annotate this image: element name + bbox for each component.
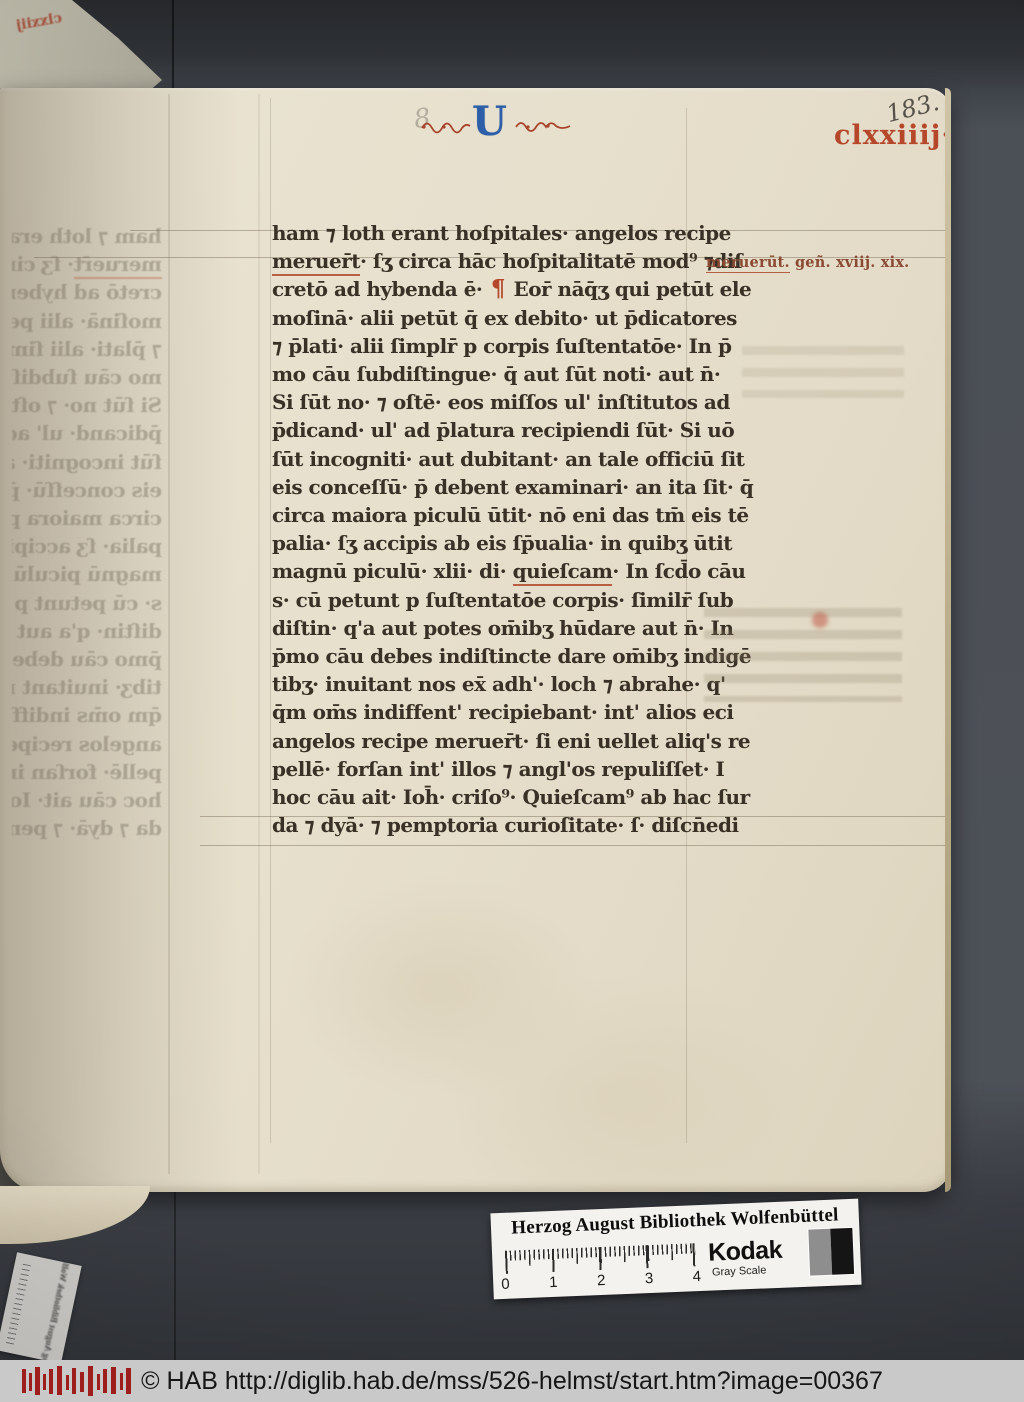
- manuscript-line: magnū piculū· xlii· di· quieſcam· In ſcd…: [12, 560, 162, 588]
- manuscript-line: magnū piculū· xlii· di· quieſcam· In ſcd…: [272, 557, 708, 585]
- red-underlined-word: meruerūt.: [706, 254, 790, 273]
- manuscript-line: ſūt incogniti· aut dubitant· an tale off…: [272, 445, 708, 473]
- manuscript-line: mo cāu ſubdiſtingue· q̄ aut ſūt noti· au…: [272, 360, 708, 388]
- red-penwork-flourish: [514, 118, 572, 136]
- bleedthrough-text-column: ham ⁊ loth erant hoſpitales· angelos rec…: [12, 222, 162, 854]
- gray-scale-label: Gray Scale: [712, 1264, 767, 1278]
- manuscript-line: tibʒ· inuitant nos ex̄ adh'· loch ⁊ abra…: [272, 670, 708, 698]
- manuscript-line: ham ⁊ loth erant hoſpitales· angelos rec…: [12, 222, 162, 250]
- folio-number-red: clxxiiij·: [834, 120, 952, 151]
- bleedthrough-red-initial: [812, 612, 828, 628]
- manuscript-line: da ⁊ dyā· ⁊ pemptoria curioſitate· ſ· di…: [272, 811, 708, 839]
- black-patch: [830, 1228, 854, 1275]
- mirrored-reference-card: Herzog August Bibliothek Wolfenbüttel: [0, 1252, 82, 1364]
- manuscript-line: p̄dicand· ul' ad p̄latura recipiendi ſūt…: [272, 416, 708, 444]
- kodak-gray-scale-card: Herzog August Bibliothek Wolfenbüttel 01…: [490, 1199, 861, 1300]
- running-title-letter: U: [472, 102, 504, 142]
- manuscript-line: ham ⁊ loth erant hoſpitales· angelos rec…: [272, 219, 708, 247]
- manuscript-line: s· cū petunt p ſuſtentatōe corpis· ſimil…: [272, 586, 708, 614]
- ruler-number: 4: [692, 1268, 701, 1285]
- manuscript-line: Si ſūt no· ⁊ oſtē· eos miſſos ul' inſtit…: [12, 391, 162, 419]
- manuscript-line: hoc cāu ait· Ioh̄· criſo⁹· Quieſcam⁹ ab …: [12, 786, 162, 814]
- manuscript-text-block: ham ⁊ loth erant hoſpitales· angelos rec…: [272, 219, 708, 839]
- red-penwork-flourish: [420, 118, 472, 136]
- manuscript-line: p̄mo cāu debes indiſtincte dare om̄ibʒ i…: [272, 642, 708, 670]
- manuscript-line: mo cāu ſubdiſtingue· q̄ aut ſūt noti· au…: [12, 363, 162, 391]
- manuscript-line: moſinā· alii petūt q̄ ex debito· ut p̄di…: [12, 307, 162, 335]
- kodak-logo: Kodak: [708, 1236, 783, 1268]
- manuscript-line: p̄dicand· ul' ad p̄latura recipiendi ſūt…: [12, 419, 162, 447]
- red-underlined-word: meruer̄t: [272, 249, 360, 276]
- ruling-line: [270, 98, 271, 1143]
- ruler-number: 1: [549, 1274, 558, 1291]
- manuscript-line: circa maiora piculū ūtit· nō eni das tm̄…: [12, 504, 162, 532]
- manuscript-line: meruerūt. geñ. xviij. xix.: [706, 254, 909, 271]
- copyright-strip: © HAB http://diglib.hab.de/mss/526-helms…: [0, 1360, 1024, 1402]
- marginal-note: meruerūt. geñ. xviij. xix.: [706, 254, 909, 271]
- page-crease: [168, 94, 170, 1174]
- manuscript-line: ⁊ p̄lati· alii ſimplr̄ p corpis ſuſtenta…: [272, 332, 708, 360]
- manuscript-line: Si ſūt no· ⁊ oſtē· eos miſſos ul' inſtit…: [272, 388, 708, 416]
- manuscript-line: pellē· forſan int' illos ⁊ angl'os repul…: [272, 755, 708, 783]
- manuscript-line: diſtin· q'a aut potes om̄ibʒ hūdare aut …: [12, 617, 162, 645]
- digitized-manuscript-photo: clxxiij ham ⁊ loth erant hoſpitales· ang…: [0, 0, 1024, 1402]
- manuscript-line: s· cū petunt p ſuſtentatōe corpis· ſimil…: [12, 589, 162, 617]
- bleedthrough-text: [742, 346, 904, 398]
- manuscript-line: q̄m om̄s indiffent' recipiebant· int' al…: [12, 701, 162, 729]
- gray-patch: [808, 1229, 832, 1276]
- manuscript-line: meruer̄t· ſʒ circa hāc hoſpitalitatē mod…: [12, 250, 162, 278]
- mirrored-card-title: Herzog August Bibliothek Wolfenbüttel: [36, 1252, 75, 1364]
- manuscript-line: p̄mo cāu debes indiſtincte dare om̄ibʒ i…: [12, 645, 162, 673]
- manuscript-line: tibʒ· inuitant nos ex̄ adh'· loch ⁊ abra…: [12, 673, 162, 701]
- manuscript-line: meruer̄t· ſʒ circa hāc hoſpitalitatē mod…: [272, 247, 708, 275]
- red-underlined-word: meruer̄t: [74, 252, 162, 279]
- manuscript-line: circa maiora piculū ūtit· nō eni das tm̄…: [272, 501, 708, 529]
- manuscript-line: diſtin· q'a aut potes om̄ibʒ hūdare aut …: [272, 614, 708, 642]
- page-corner-fragment: [0, 1186, 150, 1244]
- manuscript-line: ⁊ p̄lati· alii ſimplr̄ p corpis ſuſtenta…: [12, 335, 162, 363]
- manuscript-line: cretō ad hybenda ē· ¶ Eor̄ nāq̄ʒ qui pet…: [12, 278, 162, 306]
- ruler: 01234: [502, 1243, 700, 1295]
- manuscript-line: angelos recipe meruer̄t· ſi eni uellet a…: [272, 727, 708, 755]
- manuscript-line: eis conceſſū· p̄ debent examinari· an it…: [272, 473, 708, 501]
- manuscript-line: eis conceſſū· p̄ debent examinari· an it…: [12, 476, 162, 504]
- manuscript-page: ham ⁊ loth erant hoſpitales· angelos rec…: [0, 88, 951, 1192]
- previous-leaf-fragment: clxxiij: [0, 0, 168, 92]
- page-crease: [258, 94, 260, 1174]
- mirrored-ruler: [5, 1264, 30, 1348]
- manuscript-line: pellē· forſan int' illos ⁊ angl'os repul…: [12, 758, 162, 786]
- binding-seam: [174, 1188, 176, 1363]
- manuscript-line: palia· ſʒ accipis ab eis ſp̄ualia· in qu…: [272, 529, 708, 557]
- manuscript-line: hoc cāu ait· Ioh̄· criſo⁹· Quieſcam⁹ ab …: [272, 783, 708, 811]
- ruler-number: 3: [645, 1270, 654, 1287]
- binding-seam: [172, 0, 174, 92]
- manuscript-line: ſūt incogniti· aut dubitant· an tale off…: [12, 448, 162, 476]
- manuscript-line: palia· ſʒ accipis ab eis ſp̄ualia· in qu…: [12, 532, 162, 560]
- bleedthrough-text: [704, 608, 902, 702]
- ruler-number: 0: [501, 1276, 510, 1293]
- manuscript-line: angelos recipe meruer̄t· ſi eni uellet a…: [12, 730, 162, 758]
- ruling-line: [200, 845, 945, 846]
- manuscript-line: q̄m om̄s indiffent' recipiebant· int' al…: [272, 698, 708, 726]
- ruler-number: 2: [597, 1272, 606, 1289]
- copyright-text: © HAB http://diglib.hab.de/mss/526-helms…: [0, 1360, 1024, 1402]
- manuscript-line: cretō ad hybenda ē· ¶ Eor̄ nāq̄ʒ qui pet…: [272, 275, 708, 303]
- manuscript-line: da ⁊ dyā· ⁊ pemptoria curioſitate· ſ· di…: [12, 814, 162, 842]
- gray-scale-patch: [807, 1227, 855, 1277]
- rubric-pilcrow: ¶: [489, 275, 507, 302]
- card-title: Herzog August Bibliothek Wolfenbüttel: [491, 1204, 860, 1241]
- manuscript-line: moſinā· alii petūt q̄ ex debito· ut p̄di…: [272, 304, 708, 332]
- red-underlined-word: quieſcam: [513, 559, 613, 586]
- mirrored-foliation-mark: clxxiij: [15, 10, 63, 34]
